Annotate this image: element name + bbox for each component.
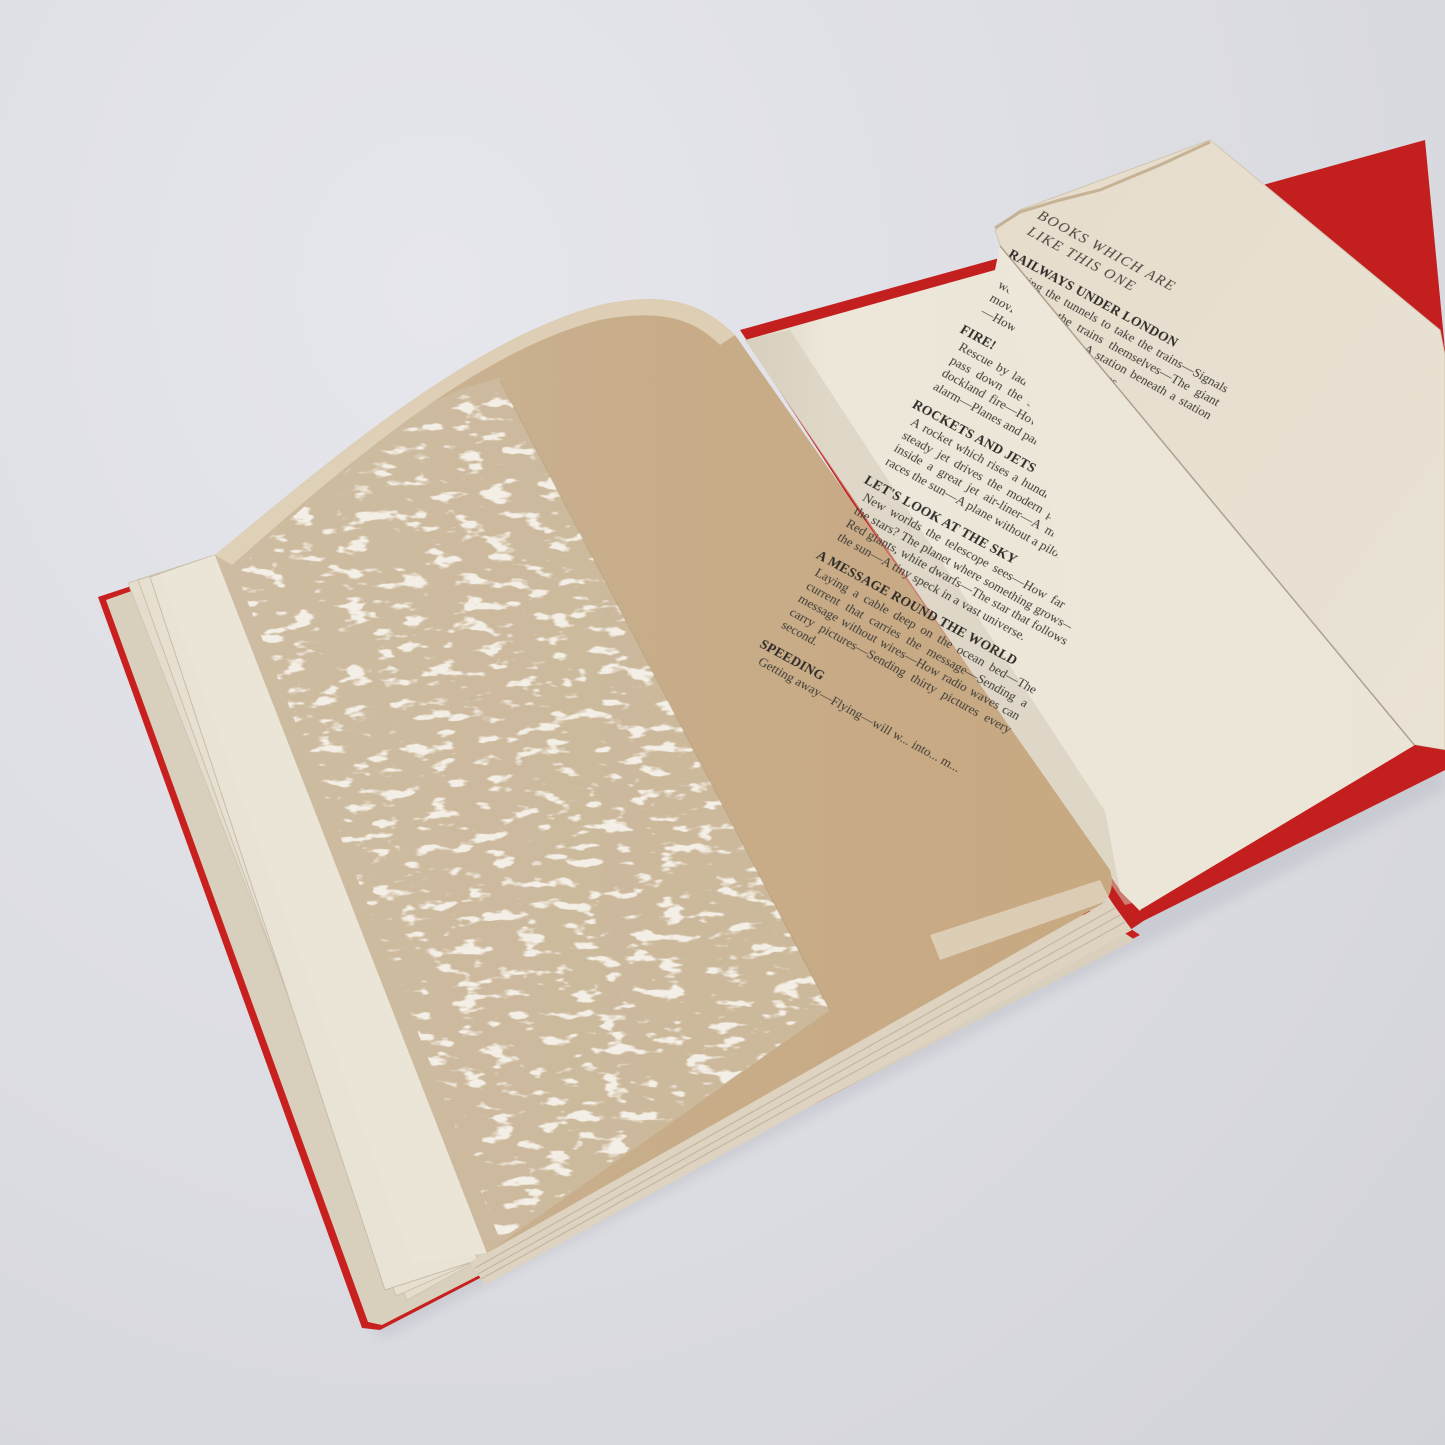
book-illustration xyxy=(0,0,1445,1445)
photo-scene: BOOKS WHICH ARE LIKE THIS ONE RAILWAYS U… xyxy=(0,0,1445,1445)
